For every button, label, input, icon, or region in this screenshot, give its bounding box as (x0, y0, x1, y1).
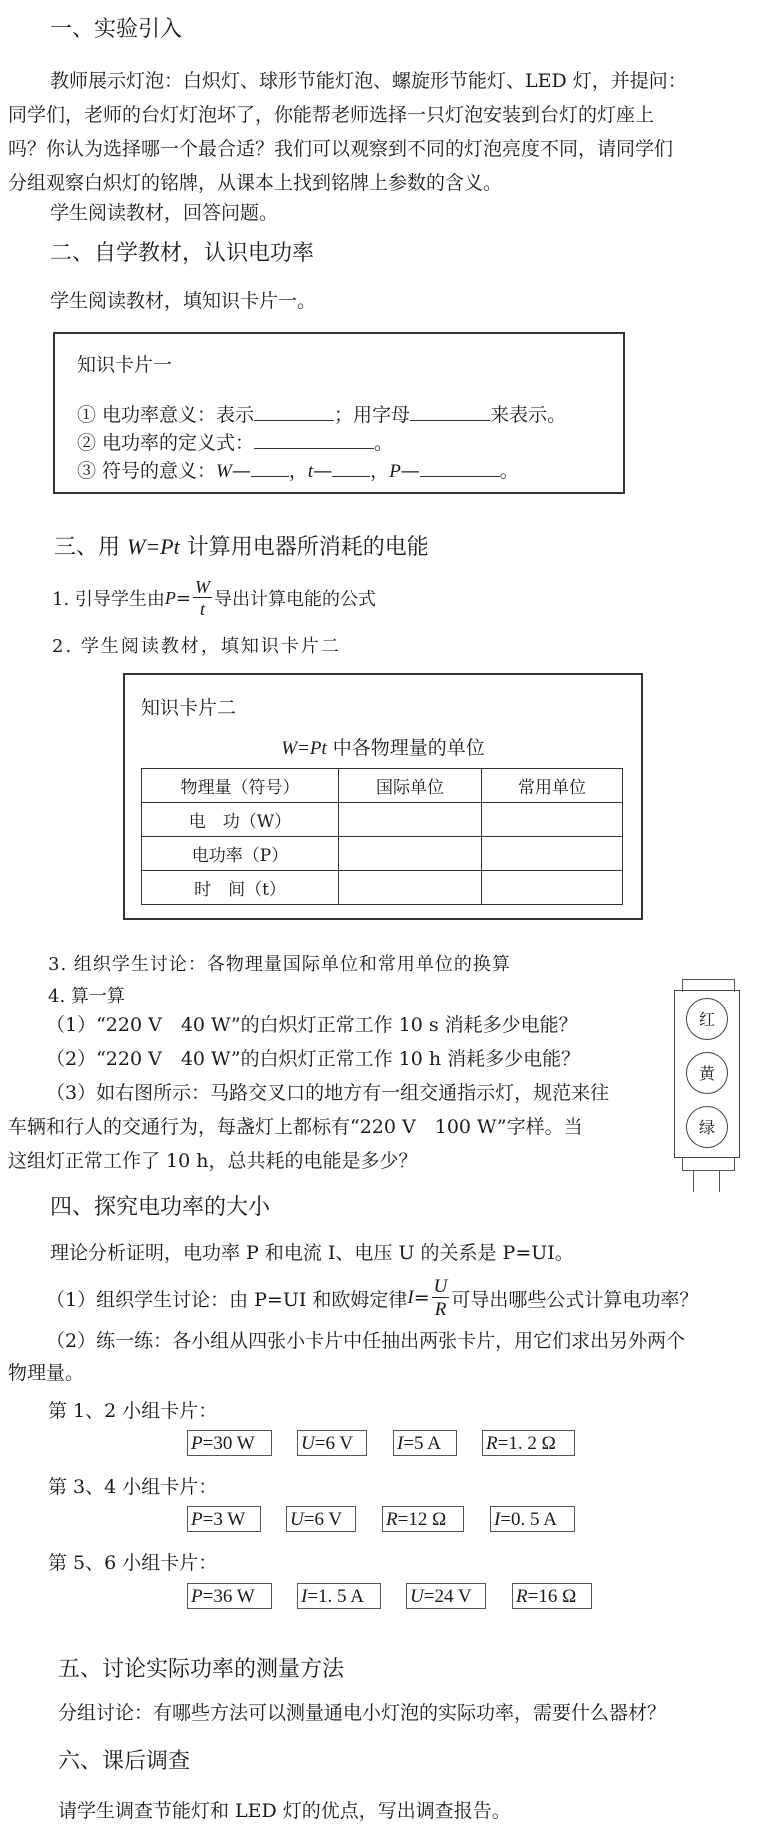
cell-common-unit[interactable] (482, 803, 623, 837)
discussion-1-prefix: （1）组织学生讨论：由 P=UI 和欧姆定律 (46, 1285, 407, 1312)
question-2: （2）“220 V 40 W”的白炽灯正常工作 10 h 消耗多少电能？ (46, 1042, 580, 1076)
yellow-light: 黄 (686, 1052, 728, 1094)
card-symbol: P (191, 1509, 203, 1530)
symbol-w: W (216, 461, 232, 482)
item-3-label: ③ 符号的意义： (77, 460, 216, 482)
card-1-title: 知识卡片一 (77, 348, 172, 382)
card-value: =1. 5 A (307, 1586, 364, 1607)
denominator: R (432, 1298, 450, 1319)
quantity-card[interactable]: U=6 V (286, 1506, 356, 1532)
section-1-para-line-3: 吗？你认为选择哪一个最合适？我们可以观察到不同的灯泡亮度不同，请同学们 (8, 132, 673, 166)
question-3-line-1: （3）如右图所示：马路交叉口的地方有一组交通指示灯，规范来往 (46, 1076, 609, 1110)
section-6-text: 请学生调查节能灯和 LED 灯的优点，写出调查报告。 (58, 1794, 511, 1828)
numerator: U (432, 1277, 450, 1298)
card-value: =0. 5 A (500, 1509, 557, 1530)
cell-si-unit[interactable] (339, 803, 482, 837)
step-4: 4. 算一算 (48, 982, 125, 1008)
discussion-1-suffix: 可导出哪些公式计算电功率？ (451, 1285, 698, 1312)
card-value: =36 W (203, 1586, 255, 1607)
card-symbol: R (486, 1433, 498, 1454)
quantity-card[interactable]: I=5 A (393, 1430, 457, 1456)
quantity-card[interactable]: U=6 V (297, 1430, 367, 1456)
blank-field[interactable] (254, 430, 374, 449)
blank-field[interactable] (420, 458, 500, 477)
table-row: 电 功（W） (142, 803, 623, 837)
card-value: =16 Ω (528, 1586, 577, 1607)
question-1: （1）“220 V 40 W”的白炽灯正常工作 10 s 消耗多少电能？ (46, 1008, 578, 1042)
group-2-label: 第 3、4 小组卡片： (48, 1470, 217, 1504)
section-2-intro: 学生阅读教材，填知识卡片一。 (50, 284, 316, 318)
denominator: t (193, 598, 212, 618)
card-symbol: P (191, 1433, 203, 1454)
caption-text: 中各物理量的单位 (327, 737, 485, 759)
step-1: 1. 引导学生由 P= Wt 导出计算电能的公式 (52, 568, 376, 628)
question-3-line-2: 车辆和行人的交通行为，每盏灯上都标有“220 V 100 W”字样。当 (8, 1110, 583, 1144)
card-value: =12 Ω (398, 1509, 447, 1530)
quantity-card[interactable]: R=12 Ω (382, 1506, 464, 1532)
section-2-title: 二、自学教材，认识电功率 (50, 236, 314, 267)
discussion-2-line-2: 物理量。 (8, 1356, 84, 1390)
units-table: 物理量（符号） 国际单位 常用单位 电 功（W） 电功率（P） 时 间（t） (141, 768, 623, 905)
cell-si-unit[interactable] (339, 871, 482, 905)
cell-si-unit[interactable] (339, 837, 482, 871)
dash: — (401, 460, 420, 482)
section-1-para-line-4: 分组观察白炽灯的铭牌，从课本上找到铭牌上参数的含义。 (8, 166, 502, 200)
card-value: =6 V (304, 1509, 342, 1530)
equals: = (176, 588, 191, 609)
card-value: =30 W (203, 1433, 255, 1454)
group-3-label: 第 5、6 小组卡片： (48, 1546, 217, 1580)
section-1-para-line-1: 教师展示灯泡：白炽灯、球形节能灯泡、螺旋形节能灯、LED 灯，并提问： (50, 64, 687, 98)
item-1-mid: ；用字母 (334, 404, 410, 426)
red-light: 红 (686, 998, 728, 1040)
section-1-para-line-2: 同学们，老师的台灯灯泡坏了，你能帮老师选择一只灯泡安装到台灯的灯座上 (8, 98, 654, 132)
equals: = (414, 1287, 430, 1309)
card-symbol: U (410, 1586, 424, 1607)
blank-field[interactable] (332, 458, 370, 477)
section-1-title: 一、实验引入 (50, 12, 182, 43)
table-row: 时 间（t） (142, 871, 623, 905)
fraction-w-over-t: Wt (193, 578, 212, 618)
item-2-end: 。 (374, 432, 393, 454)
table-header-row: 物理量（符号） 国际单位 常用单位 (142, 769, 623, 803)
green-light: 绿 (686, 1106, 728, 1148)
group-1-label: 第 1、2 小组卡片： (48, 1394, 217, 1428)
table-row: 电功率（P） (142, 837, 623, 871)
quantity-card[interactable]: I=0. 5 A (490, 1506, 575, 1532)
item-1-label: ① 电功率意义：表示 (77, 404, 254, 426)
title-formula: W=Pt (127, 534, 180, 559)
section-4-theory: 理论分析证明，电功率 P 和电流 I、电压 U 的关系是 P=UI。 (50, 1236, 574, 1270)
comma: ， (370, 460, 389, 482)
quantity-card[interactable]: U=24 V (406, 1583, 486, 1609)
cell-common-unit[interactable] (482, 837, 623, 871)
header-common-unit: 常用单位 (482, 769, 623, 803)
section-5-text: 分组讨论：有哪些方法可以测量通电小灯泡的实际功率，需要什么器材？ (58, 1696, 666, 1730)
card-symbol: R (516, 1586, 528, 1607)
symbol-p: P (389, 461, 401, 482)
section-6-title: 六、课后调查 (58, 1744, 190, 1775)
card-value: =5 A (403, 1433, 441, 1454)
cell-common-unit[interactable] (482, 871, 623, 905)
header-quantity: 物理量（符号） (142, 769, 339, 803)
header-si-unit: 国际单位 (339, 769, 482, 803)
card-value: =1. 2 Ω (498, 1433, 556, 1454)
discussion-2-line-1: （2）练一练：各小组从四张小卡片中任抽出两张卡片，用它们求出另外两个 (46, 1324, 685, 1358)
step-1-prefix: 1. 引导学生由 (52, 585, 165, 611)
question-3-line-3: 这组灯正常工作了 10 h，总共耗的电能是多少？ (8, 1144, 418, 1178)
card-value: =24 V (424, 1586, 472, 1607)
card-symbol: U (290, 1509, 304, 1530)
numerator: W (193, 578, 212, 598)
title-suffix: 计算用电器所消耗的电能 (180, 535, 429, 560)
quantity-card[interactable]: P=30 W (187, 1430, 272, 1456)
discussion-1: （1）组织学生讨论：由 P=UI 和欧姆定律 I= UR 可导出哪些公式计算电功… (46, 1272, 698, 1324)
traffic-light-pole (693, 1170, 720, 1192)
title-prefix: 三、用 (54, 535, 127, 560)
dash: — (313, 460, 332, 482)
step-3: 3. 组织学生讨论：各物理量国际单位和常用单位的换算 (48, 950, 511, 976)
cell-quantity: 电 功（W） (142, 803, 339, 837)
section-1-para-2: 学生阅读教材，回答问题。 (50, 196, 278, 230)
card-symbol: U (301, 1433, 315, 1454)
knowledge-card-2: 知识卡片二 W=Pt 中各物理量的单位 物理量（符号） 国际单位 常用单位 电 … (123, 673, 643, 920)
cell-quantity: 电功率（P） (142, 837, 339, 871)
quantity-card[interactable]: I=1. 5 A (297, 1583, 381, 1609)
step-2: 2. 学生阅读教材，填知识卡片二 (52, 632, 341, 658)
symbol-p: P (165, 588, 176, 609)
period: 。 (500, 460, 519, 482)
quantity-card[interactable]: R=16 Ω (512, 1583, 592, 1609)
fraction-u-over-r: UR (432, 1277, 450, 1319)
section-4-title: 四、探究电功率的大小 (50, 1190, 270, 1221)
card-2-caption: W=Pt 中各物理量的单位 (125, 733, 641, 760)
card-value: =6 V (315, 1433, 353, 1454)
quantity-card[interactable]: R=1. 2 Ω (482, 1430, 575, 1456)
blank-field[interactable] (410, 402, 490, 421)
caption-formula: W=Pt (281, 738, 327, 759)
card-symbol: P (191, 1586, 203, 1607)
section-5-title: 五、讨论实际功率的测量方法 (58, 1652, 344, 1683)
card-2-title: 知识卡片二 (141, 693, 236, 720)
section-3-title: 三、用 W=Pt 计算用电器所消耗的电能 (54, 530, 429, 561)
knowledge-card-1: 知识卡片一 ① 电功率意义：表示；用字母来表示。 ② 电功率的定义式：。 ③ 符… (53, 332, 625, 494)
quantity-card[interactable]: P=3 W (187, 1506, 261, 1532)
dash: — (232, 460, 251, 482)
quantity-card[interactable]: P=36 W (187, 1583, 272, 1609)
card-symbol: R (386, 1509, 398, 1530)
blank-field[interactable] (251, 458, 289, 477)
comma: ， (289, 460, 308, 482)
step-1-suffix: 导出计算电能的公式 (214, 585, 376, 611)
card-value: =3 W (203, 1509, 246, 1530)
item-2-label: ② 电功率的定义式： (77, 432, 254, 454)
item-1-end: 来表示。 (490, 404, 566, 426)
blank-field[interactable] (254, 402, 334, 421)
cell-quantity: 时 间（t） (142, 871, 339, 905)
card-1-item-3: ③ 符号的意义：W—，t—，P—。 (77, 454, 519, 489)
